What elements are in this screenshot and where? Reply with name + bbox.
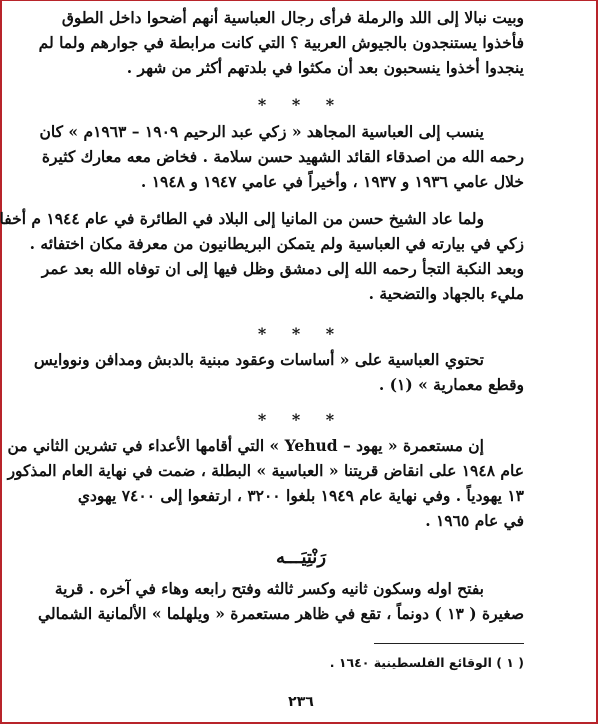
paragraph-4: تحتوي العباسية على « أساسات وعقود مبنية … [80, 347, 524, 397]
text-line: ينجدوا أخذوا ينسحبون بعد أن مكثوا في بلد… [80, 55, 524, 80]
section-separator: * * * [2, 412, 598, 428]
page-number: ٢٣٦ [2, 694, 598, 710]
text-line: ولما عاد الشيخ حسن من المانيا إلى البلاد… [80, 206, 524, 231]
text-line: إن مستعمرة « يهود – Yehud » التي أقامها … [80, 433, 524, 458]
footnote: ( ١ ) الوقائع الفلسطينية ١٦٤٠ . [80, 653, 524, 673]
paragraph-5: إن مستعمرة « يهود – Yehud » التي أقامها … [80, 433, 524, 533]
text-line: تحتوي العباسية على « أساسات وعقود مبنية … [80, 347, 524, 372]
text-line: ١٣ يهودياً . وفي نهاية عام ١٩٤٩ بلغوا ٣٢… [80, 483, 524, 508]
text-line: صغيرة ( ١٣ ) دونماً ، تقع في ظاهر مستعمر… [80, 601, 524, 626]
section-title: رَنْتِيَـــه [2, 547, 598, 568]
text-line: في عام ١٩٦٥ . [80, 508, 524, 533]
paragraph-2: ينسب إلى العباسية المجاهد « زكي عبد الرح… [80, 119, 524, 194]
text-line: رحمه الله من اصدقاء القائد الشهيد حسن سل… [80, 144, 524, 169]
text-line: ينسب إلى العباسية المجاهد « زكي عبد الرح… [80, 119, 524, 144]
text-line: زكي في بيارته في العباسية ولم يتمكن البر… [80, 231, 524, 256]
section-separator: * * * [2, 326, 598, 342]
text-line: مليء بالجهاد والتضحية . [80, 281, 524, 306]
paragraph-1: وبيت نبالا إلى اللد والرملة فرأى رجال ال… [80, 5, 524, 80]
text-line: وبيت نبالا إلى اللد والرملة فرأى رجال ال… [80, 5, 524, 30]
text-line: خلال عامي ١٩٣٦ و ١٩٣٧ ، وأخيراً في عامي … [80, 169, 524, 194]
text-line: وبعد النكبة التجأ رحمه الله إلى دمشق وظل… [80, 256, 524, 281]
text-line: فأخذوا يستنجدون بالجيوش العربية ؟ التي ك… [80, 30, 524, 55]
footnote-divider [374, 643, 524, 644]
text-line: بفتح اوله وسكون ثانيه وكسر ثالثه وفتح را… [80, 576, 524, 601]
text-line: وقطع معمارية » (١) . [80, 372, 524, 397]
text-line: عام ١٩٤٨ على انقاض قريتنا « العباسية » ا… [80, 458, 524, 483]
paragraph-3: ولما عاد الشيخ حسن من المانيا إلى البلاد… [80, 206, 524, 306]
paragraph-6: بفتح اوله وسكون ثانيه وكسر ثالثه وفتح را… [80, 576, 524, 626]
section-separator: * * * [2, 97, 598, 113]
document-page: وبيت نبالا إلى اللد والرملة فرأى رجال ال… [0, 0, 598, 724]
